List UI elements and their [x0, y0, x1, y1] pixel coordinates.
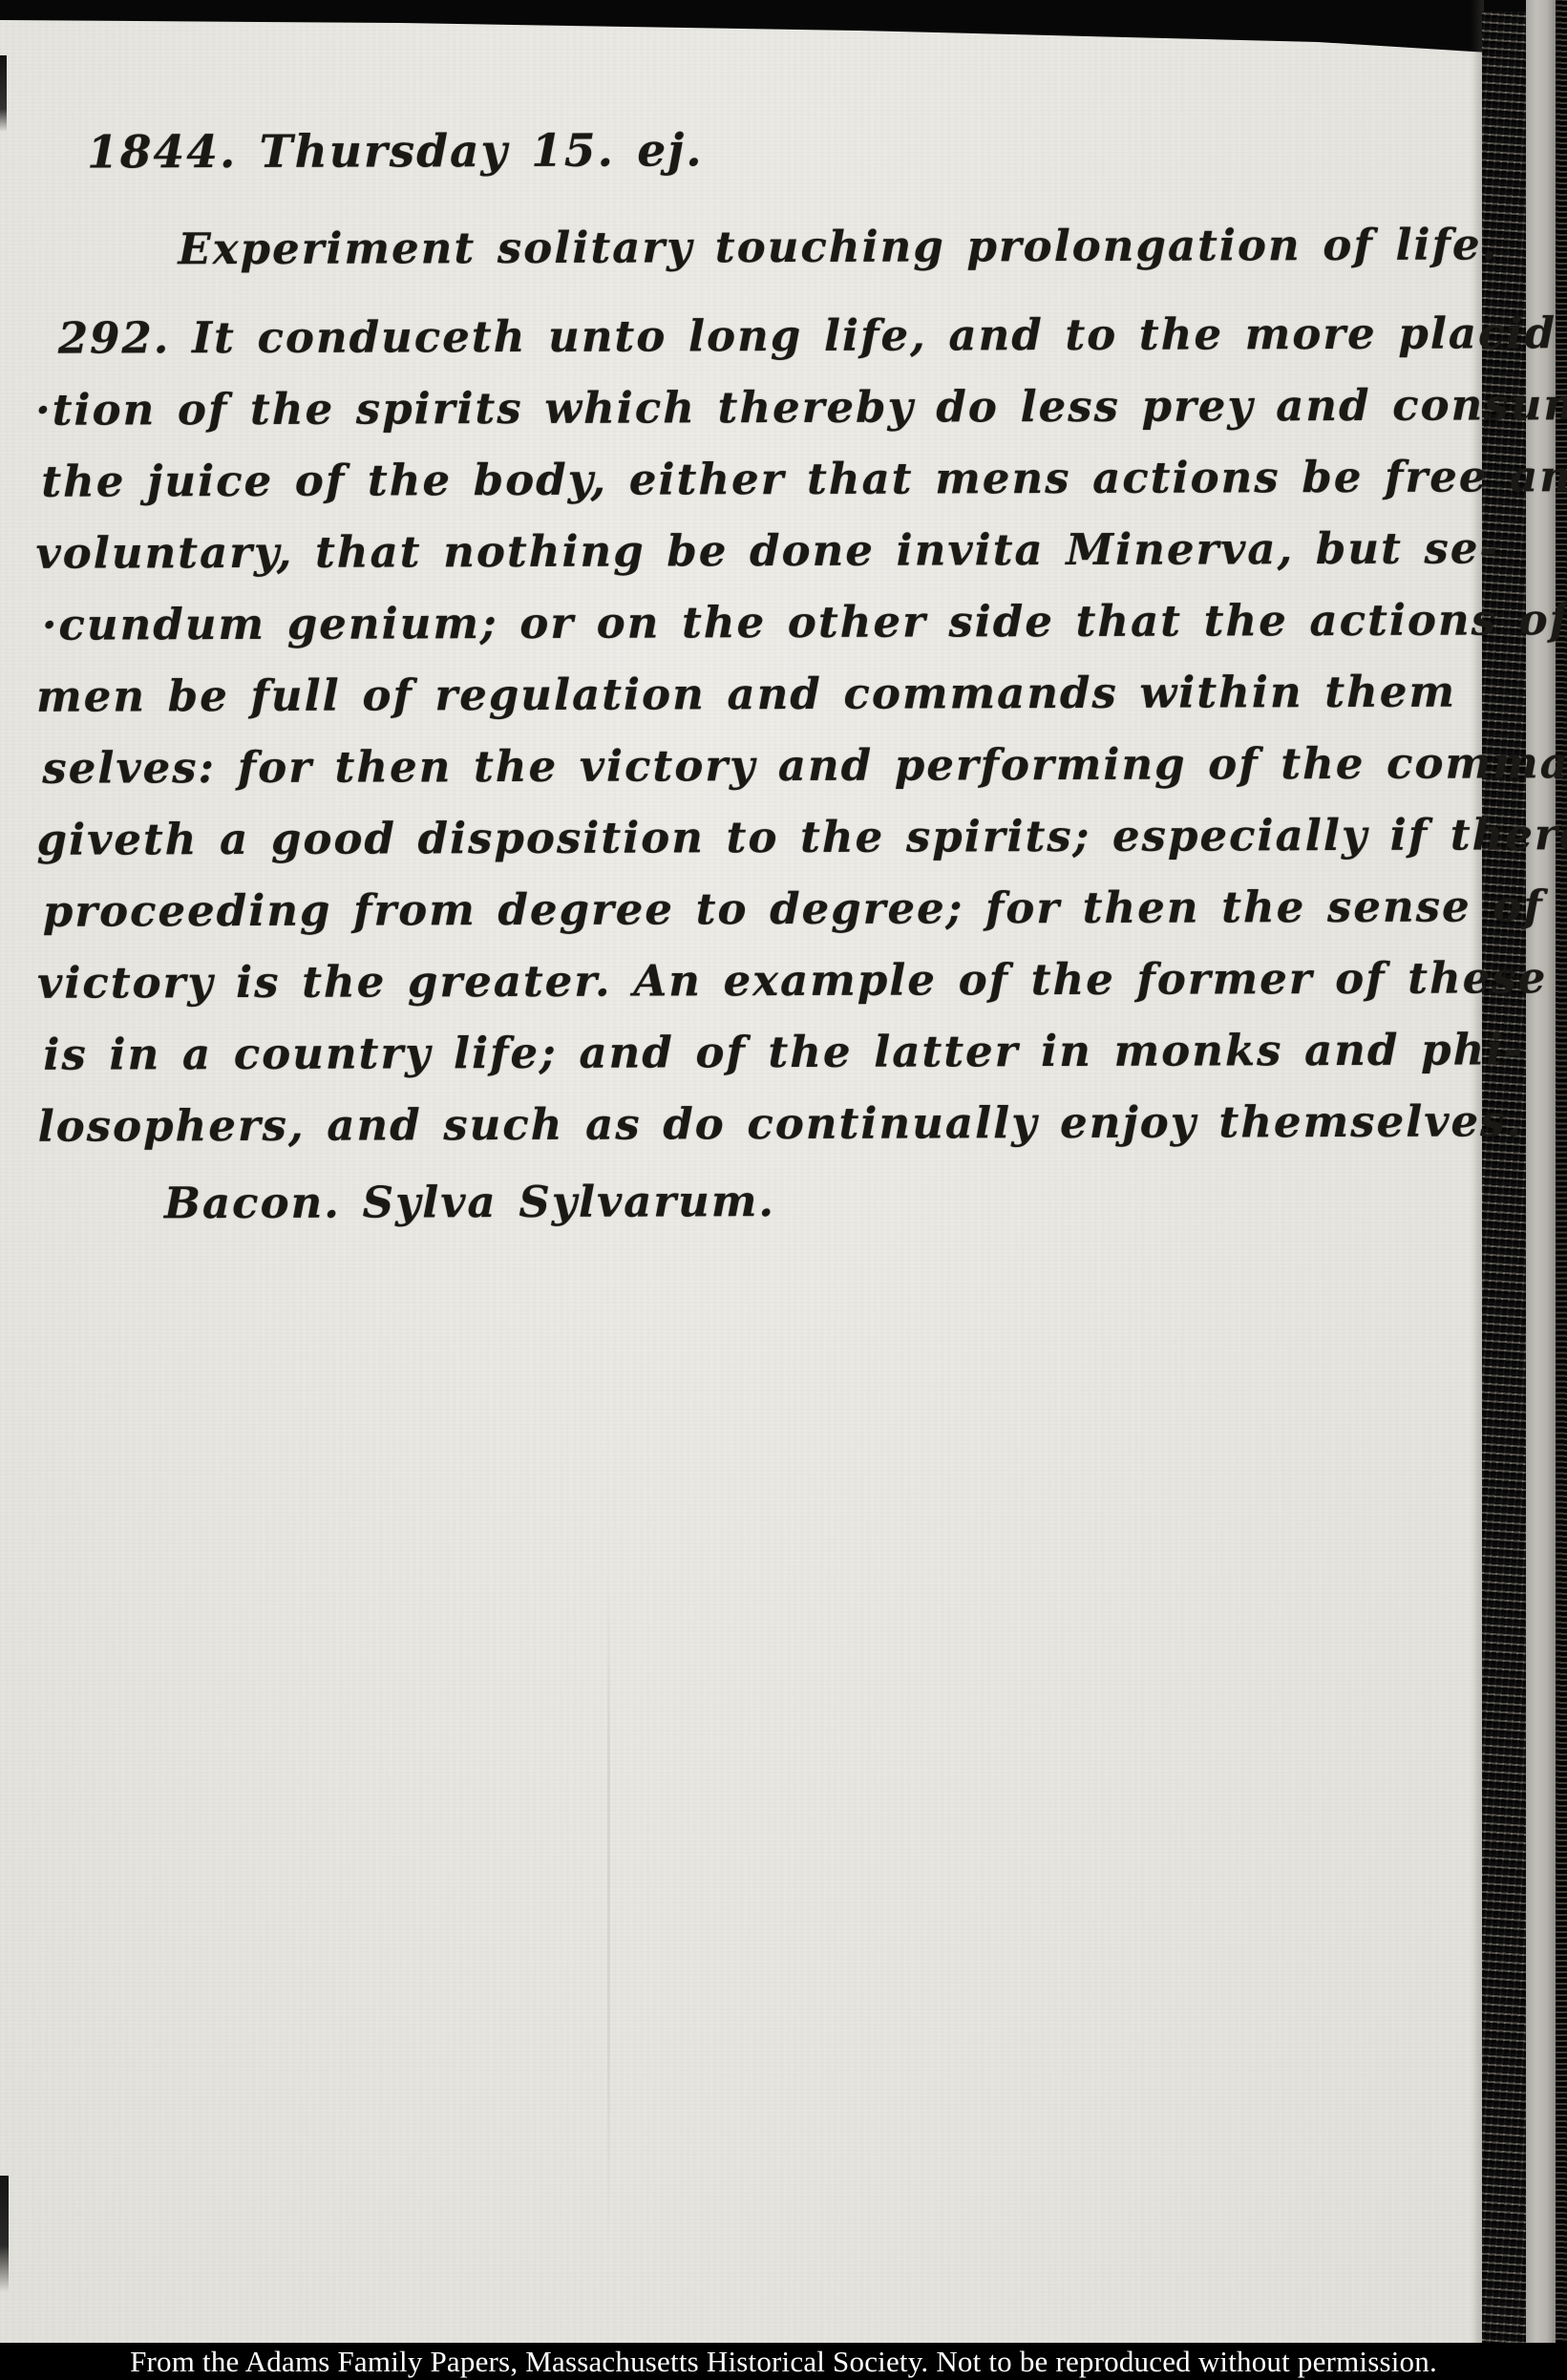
source-attribution: Bacon. Sylva Sylvarum. [164, 1162, 1528, 1239]
manuscript-body-line: selves: for then the victory and perform… [42, 727, 1526, 803]
scan-edge-artifact-bottom-left [0, 2176, 9, 2292]
manuscript-body: 292. It conduceth unto long life, and to… [35, 297, 1528, 1161]
manuscript-text: 1844. Thursday 15. ej. Experiment solita… [34, 112, 1528, 1239]
entry-heading: Experiment solitary touching prolongatio… [178, 208, 1524, 285]
manuscript-body-line: losophers, and such as do continually en… [38, 1085, 1528, 1161]
manuscript-body-line: victory is the greater. An example of th… [37, 942, 1527, 1018]
manuscript-body-line: 292. It conduceth unto long life, and to… [58, 297, 1525, 373]
manuscript-body-line: is in a country life; and of the latter … [43, 1013, 1527, 1090]
manuscript-body-line: men be full of regulation and commands w… [36, 655, 1526, 732]
scan-edge-artifact-top-left [0, 55, 7, 132]
diary-date-line: 1844. Thursday 15. ej. [87, 112, 1524, 188]
manuscript-body-line: proceeding from degree to degree; for th… [43, 870, 1527, 946]
manuscript-body-line: ·tion of the spirits which thereby do le… [35, 369, 1525, 445]
manuscript-body-line: ·cundum genium; or on the other side tha… [42, 584, 1526, 660]
manuscript-body-line: giveth a good disposition to the spirits… [36, 798, 1526, 875]
page-crease [607, 1576, 610, 2244]
archive-caption-text: From the Adams Family Papers, Massachuse… [130, 2343, 1437, 2380]
archive-caption-band: From the Adams Family Papers, Massachuse… [0, 2343, 1567, 2380]
manuscript-body-line: the juice of the body, either that mens … [41, 440, 1525, 517]
manuscript-body-line: voluntary, that nothing be done invita M… [35, 512, 1525, 588]
manuscript-scan: 1844. Thursday 15. ej. Experiment solita… [0, 0, 1567, 2380]
